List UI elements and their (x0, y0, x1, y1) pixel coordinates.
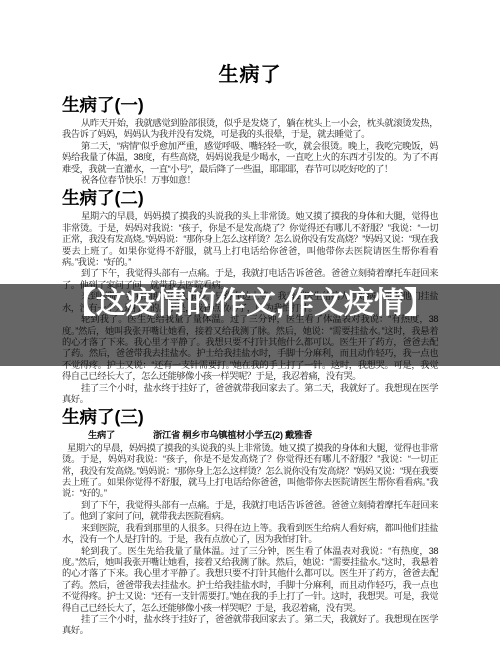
byline: 生病了浙江省 桐乡市乌镇植材小学五(2) 戴雅香 (62, 430, 438, 442)
page-title: 生病了 (62, 63, 438, 87)
paragraph: 祝各位春节快乐！万事如意！ (62, 175, 438, 186)
section-2-heading: 生病了(二) (62, 189, 438, 207)
paragraph: 挂了三个小时，盐水终于挂好了，爸爸就带我回家去了。第二天，我就好了。我想现在医学… (62, 614, 438, 637)
paragraph: 星期六的早晨，妈妈摸了摸我的头说我的头上非常烫。她又摸了摸我的身体和大腿，觉得也… (62, 443, 438, 500)
section-3-heading: 生病了(三) (62, 408, 438, 426)
paragraph: 第二天，“病情”似乎愈加严重，感觉呼吸、嘴轻轻一吹，就会很烫。晚上，我吃完晚饭，… (62, 141, 438, 175)
paragraph: 轮到我了。医生先给我量了量体温。过了三分钟，医生看了体温表对我说：“有热度，38… (62, 546, 438, 614)
watermark-overlay: 【这疫情的作文,作文疫情】 (0, 284, 500, 366)
section-essay-3: 生病了(三) 生病了浙江省 桐乡市乌镇植材小学五(2) 戴雅香 星期六的早晨，妈… (62, 408, 438, 636)
section-essay-1: 生病了(一) 从昨天开始，我就感觉到脸部很烫，似乎是发烧了，躺在枕头上一小会，枕… (62, 96, 438, 186)
paragraph: 星期六的早晨，妈妈摸了摸我的头说我的头上非常烫。她又摸了摸我的身体和大腿，觉得也… (62, 211, 438, 268)
byline-essay-title: 生病了 (88, 430, 115, 440)
section-1-heading: 生病了(一) (62, 96, 438, 114)
byline-school-author: 浙江省 桐乡市乌镇植材小学五(2) 戴雅香 (153, 430, 312, 440)
paragraph: 来到医院，我看到那里的人很多。只得在边上等。我看到医生给病人看好病，都叫他们挂盐… (62, 523, 438, 546)
watermark-text: 【这疫情的作文,作文疫情】 (59, 284, 441, 321)
paragraph: 从昨天开始，我就感觉到脸部很烫，似乎是发烧了，躺在枕头上一小会，枕头就滚烫发热，… (62, 118, 438, 141)
paragraph: 挂了三个小时，盐水终于挂好了，爸爸就带我回家去了。第二天，我就好了。我想现在医学… (62, 383, 438, 406)
paragraph: 到了下午，我觉得头部有一点痛。于是，我就打电话告诉爸爸。爸爸立刻骑着摩托车赶回来… (62, 500, 438, 523)
